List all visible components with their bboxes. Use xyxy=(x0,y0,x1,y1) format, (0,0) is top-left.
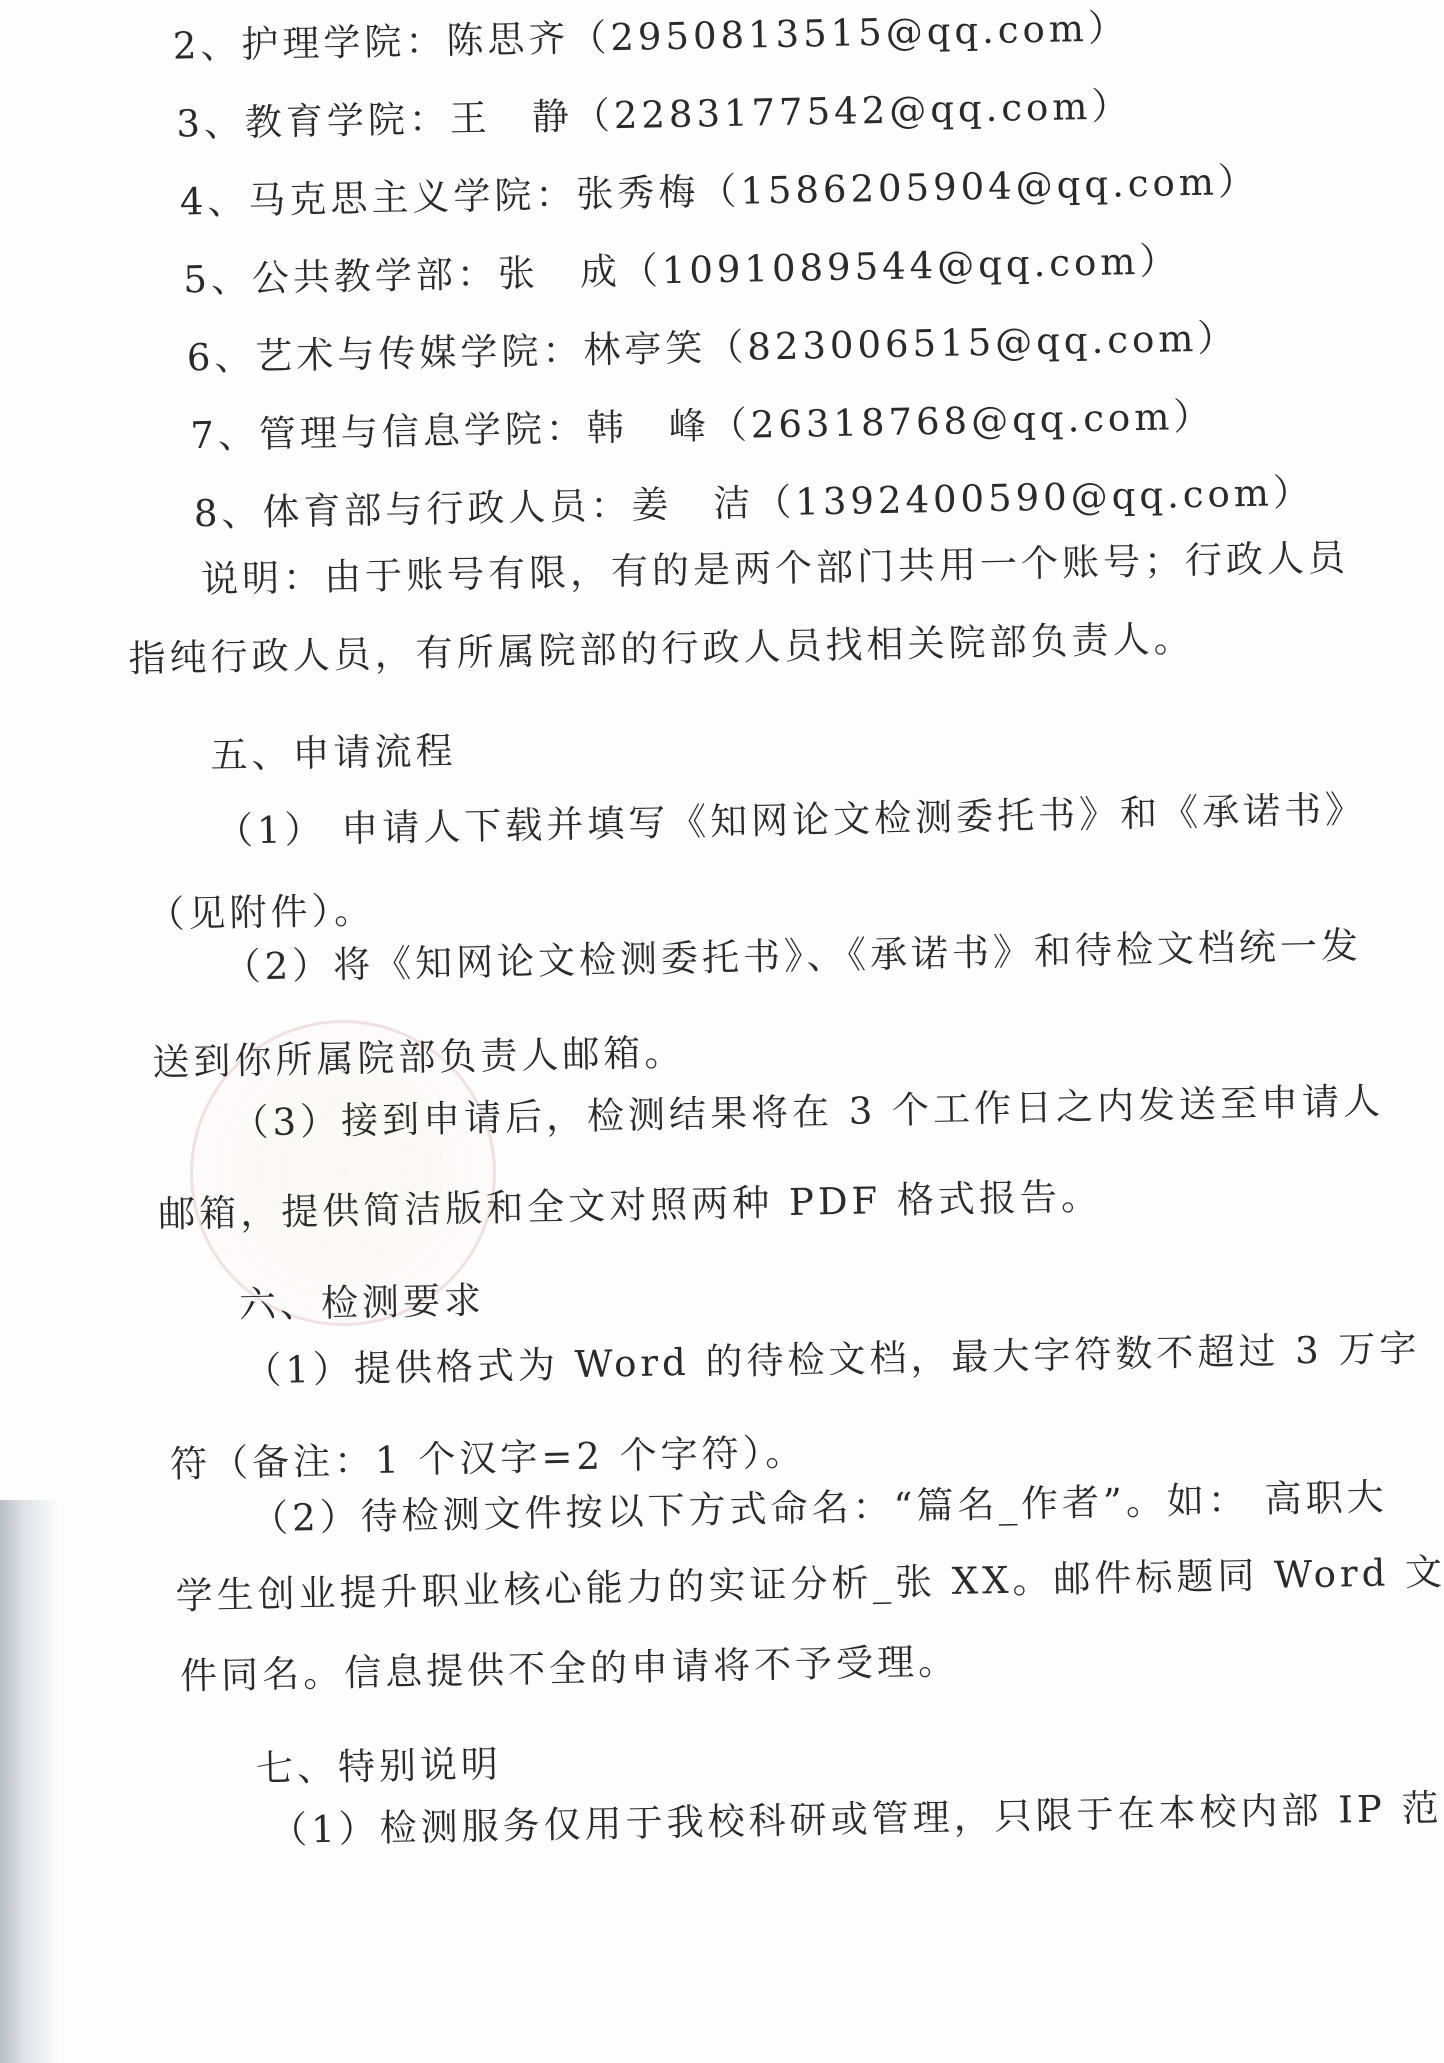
section-5-item-1-line-1: （1） 申请人下载并填写《知网论文检测委托书》和《承诺书》 xyxy=(216,785,1367,857)
contact-department: 体育部与行政人员： xyxy=(262,484,632,534)
contact-index: 6、 xyxy=(186,335,255,379)
contact-name: 张秀梅 xyxy=(576,170,700,215)
contact-email: （1392400590@qq.com） xyxy=(754,471,1314,525)
contact-department: 艺术与传媒学院： xyxy=(255,329,584,378)
contact-department: 教育学院： xyxy=(245,97,451,144)
section-5-item-2-line-2: 送到你所属院部负责人邮箱。 xyxy=(152,1028,686,1088)
note-line-1: 说明：由于账号有限，有的是两个部门共用一个账号；行政人员 xyxy=(201,533,1350,605)
contact-name: 姜 洁 xyxy=(631,481,755,526)
section-6-item-2-line-3: 件同名。信息提供不全的申请将不予受理。 xyxy=(180,1637,960,1702)
contact-name: 王 静 xyxy=(449,95,573,140)
section-5-item-3-line-1: （3）接到申请后，检测结果将在 3 个工作日之内发送至申请人 xyxy=(231,1077,1384,1149)
contact-line-7: 7、管理与信息学院：韩 峰（26318768@qq.com） xyxy=(190,392,1215,462)
section-5-item-2-line-1: （2）将《知网论文检测委托书》、《承诺书》和待检文档统一发 xyxy=(223,921,1362,993)
section-6-heading: 六、检测要求 xyxy=(239,1276,486,1331)
contact-line-6: 6、艺术与传媒学院：林亭笑（823006515@qq.com） xyxy=(186,313,1238,383)
contact-line-5: 5、公共教学部：张 成（1091089544@qq.com） xyxy=(183,236,1181,305)
section-5-item-3-line-2: 邮箱，提供简洁版和全文对照两种 PDF 格式报告。 xyxy=(158,1172,1103,1240)
contact-line-4: 4、马克思主义学院：张秀梅（1586205904@qq.com） xyxy=(179,157,1259,228)
contact-line-3: 3、教育学院：王 静（2283177542@qq.com） xyxy=(176,81,1133,149)
contact-email: （2283177542@qq.com） xyxy=(572,84,1132,138)
section-6-item-1-line-1: （1）提供格式为 Word 的待检文档，最大字符数不超过 3 万字 xyxy=(244,1324,1421,1397)
contact-name: 林亭笑 xyxy=(583,326,707,371)
contact-email: （823006515@qq.com） xyxy=(706,316,1239,369)
section-7-heading: 七、特别说明 xyxy=(256,1740,503,1795)
section-5-item-1-line-2: （见附件）。 xyxy=(147,886,375,940)
contact-index: 7、 xyxy=(190,413,259,457)
section-6-item-1-line-2: 符（备注：1 个汉字=2 个字符）。 xyxy=(170,1428,807,1490)
contact-name: 韩 峰 xyxy=(586,404,710,449)
contact-email: （1091089544@qq.com） xyxy=(620,239,1180,293)
contact-index: 4、 xyxy=(179,179,248,223)
contact-index: 3、 xyxy=(176,101,245,145)
contact-department: 马克思主义学院： xyxy=(248,173,577,222)
contact-index: 8、 xyxy=(193,491,262,535)
contact-index: 5、 xyxy=(183,257,252,301)
section-5-heading: 五、申请流程 xyxy=(210,726,457,781)
contact-index: 2、 xyxy=(172,23,241,67)
note-line-2: 指纯行政人员，有所属院部的行政人员找相关院部负责人。 xyxy=(128,614,1195,684)
section-6-item-2-line-2: 学生创业提升职业核心能力的实证分析_张 XX。邮件标题同 Word 文 xyxy=(175,1547,1444,1621)
contact-line-2: 2、护理学院：陈思齐（2950813515@qq.com） xyxy=(172,3,1129,71)
contact-department: 管理与信息学院： xyxy=(258,407,587,456)
contact-email: （26318768@qq.com） xyxy=(709,395,1214,448)
contact-department: 公共教学部： xyxy=(252,252,499,300)
contact-line-8: 8、体育部与行政人员：姜 洁（1392400590@qq.com） xyxy=(193,468,1314,539)
contact-name: 陈思齐 xyxy=(446,17,570,62)
contact-email: （2950813515@qq.com） xyxy=(569,6,1129,60)
contact-department: 护理学院： xyxy=(241,19,447,66)
document-page: 2、护理学院：陈思齐（2950813515@qq.com） 3、教育学院：王 静… xyxy=(0,0,1444,2063)
contact-email: （1586205904@qq.com） xyxy=(699,160,1259,214)
contact-name: 张 成 xyxy=(497,250,621,295)
section-7-item-1-line-1: （1）检测服务仅用于我校科研或管理，只限于在本校内部 IP 范 xyxy=(270,1784,1443,1857)
